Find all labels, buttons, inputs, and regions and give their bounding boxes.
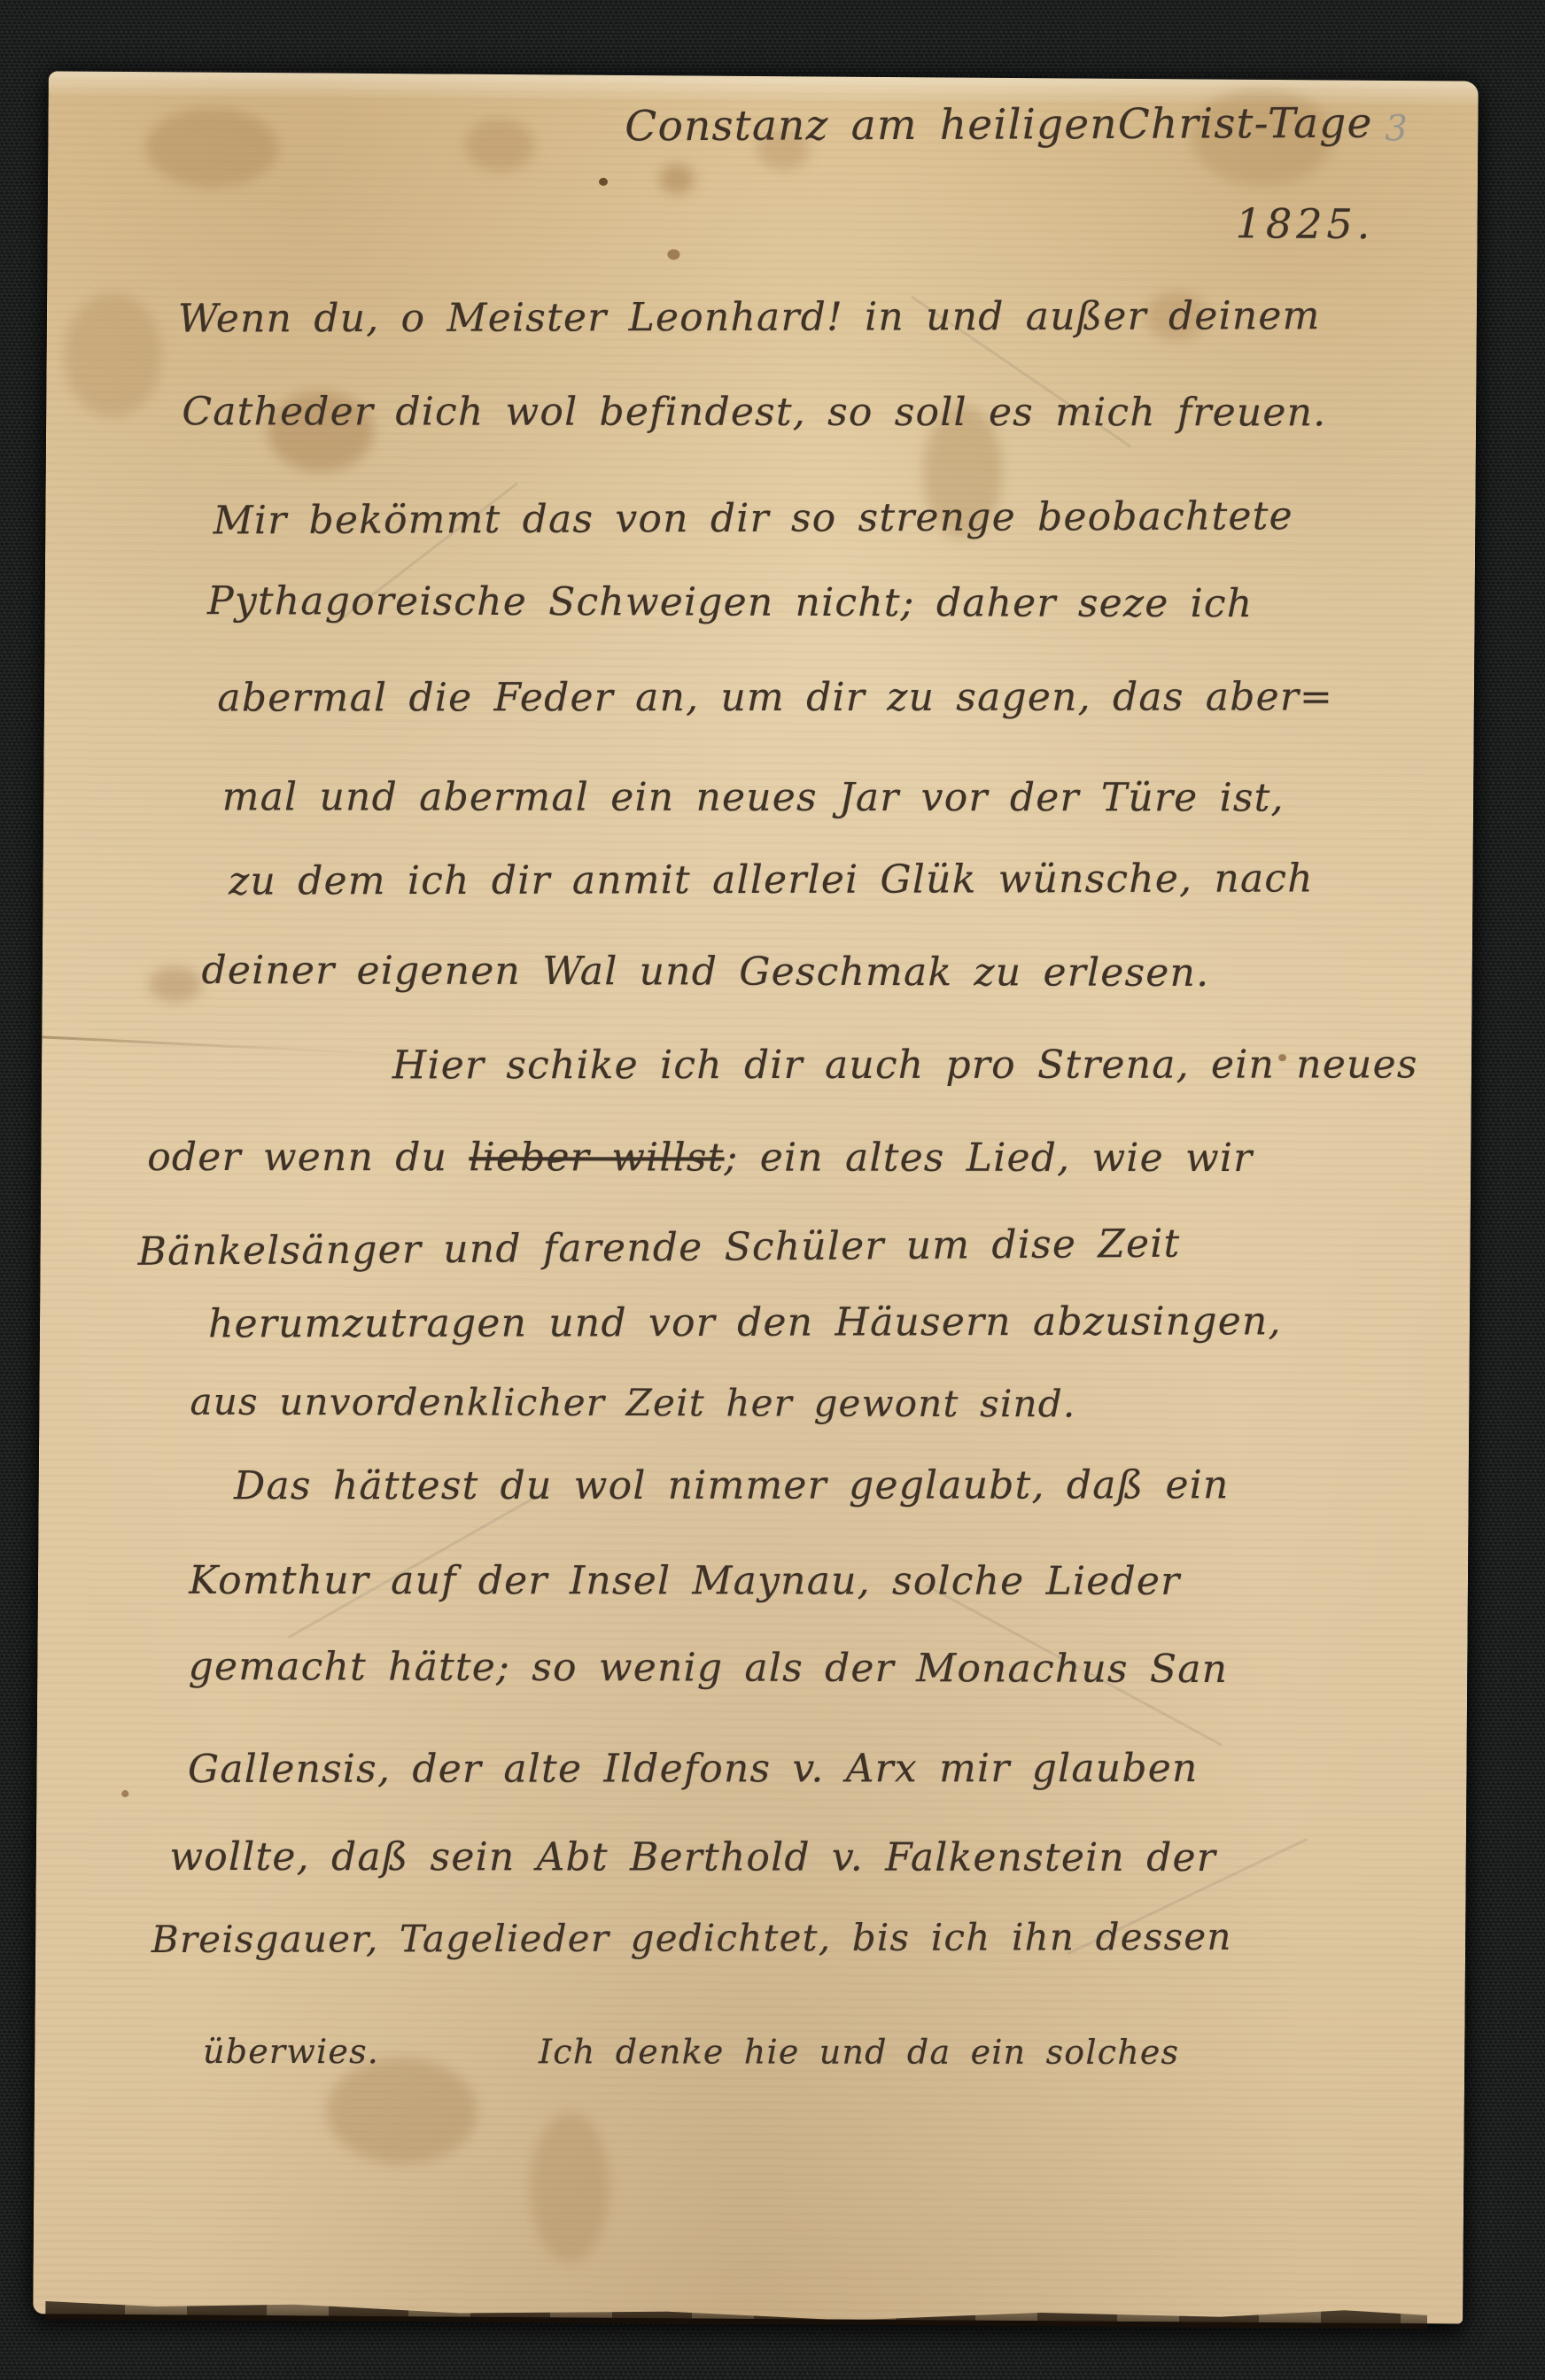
letter-line: Gallensis, der alte Ildefons v. Arx mir … — [188, 1746, 1199, 1792]
letter-line: aus unvordenklicher Zeit her gewont sind… — [190, 1380, 1075, 1426]
scanned-letter-screenshot: { "page": { "number": "3" }, "colors": {… — [0, 0, 1545, 2380]
letter-line: Wenn du, o Meister Leonhard! in und auße… — [178, 293, 1321, 341]
letter-line: Catheder dich wol befindest, so soll es … — [182, 389, 1326, 435]
letter-line: oder wenn du lieber willst; ein altes Li… — [147, 1135, 1253, 1181]
letter-body: Wenn du, o Meister Leonhard! in und auße… — [7, 0, 1545, 4]
letter-line: überwies.Ich denke hie und da ein solche… — [203, 2032, 1179, 2072]
letter-line: Mir bekömmt das von dir so strenge beoba… — [214, 493, 1293, 543]
struck-text: lieber willst — [469, 1135, 724, 1180]
letter-line: Pythagoreische Schweigen nicht; daher se… — [207, 578, 1253, 626]
letter-line: abermal die Feder an, um dir zu sagen, d… — [217, 674, 1333, 720]
letter-line: Komthur auf der Insel Maynau, solche Lie… — [189, 1558, 1180, 1604]
letter-line: gemacht hätte; so wenig als der Monachus… — [189, 1644, 1229, 1692]
letter-line: herumzutragen und vor den Häusern abzusi… — [208, 1299, 1282, 1346]
letter-text: ; ein altes Lied, wie wir — [725, 1136, 1254, 1182]
letter-line: mal und abermal ein neues Jar vor der Tü… — [222, 774, 1285, 820]
letter-dateline: Constanz am heiligenChrist-Tage — [625, 99, 1372, 151]
letter-line: Das hättest du wol nimmer geglaubt, daß … — [234, 1462, 1230, 1508]
letter-line: zu dem ich dir anmit allerlei Glük wünsc… — [229, 856, 1314, 903]
letter-year: 1825. — [1236, 199, 1375, 248]
letter-line: Breisgauer, Tagelieder gedichtet, bis ic… — [151, 1915, 1232, 1961]
page-number: 3 — [1385, 108, 1408, 149]
letter-text: überwies. — [203, 2032, 379, 2071]
letter-line: Hier schike ich dir auch pro Strena, ein… — [392, 1042, 1418, 1088]
letter-text: Ich denke hie und da ein solches — [539, 2032, 1179, 2072]
handwriting-layer: 3 Constanz am heiligenChrist-Tage 1825. … — [0, 0, 1545, 2380]
letter-text: oder wenn du — [147, 1135, 469, 1180]
letter-line: wollte, daß sein Abt Berthold v. Falkens… — [169, 1834, 1216, 1880]
letter-line: Bänkelsänger und farende Schüler um dise… — [137, 1221, 1180, 1275]
letter-line: deiner eigenen Wal und Geschmak zu erles… — [201, 948, 1209, 996]
